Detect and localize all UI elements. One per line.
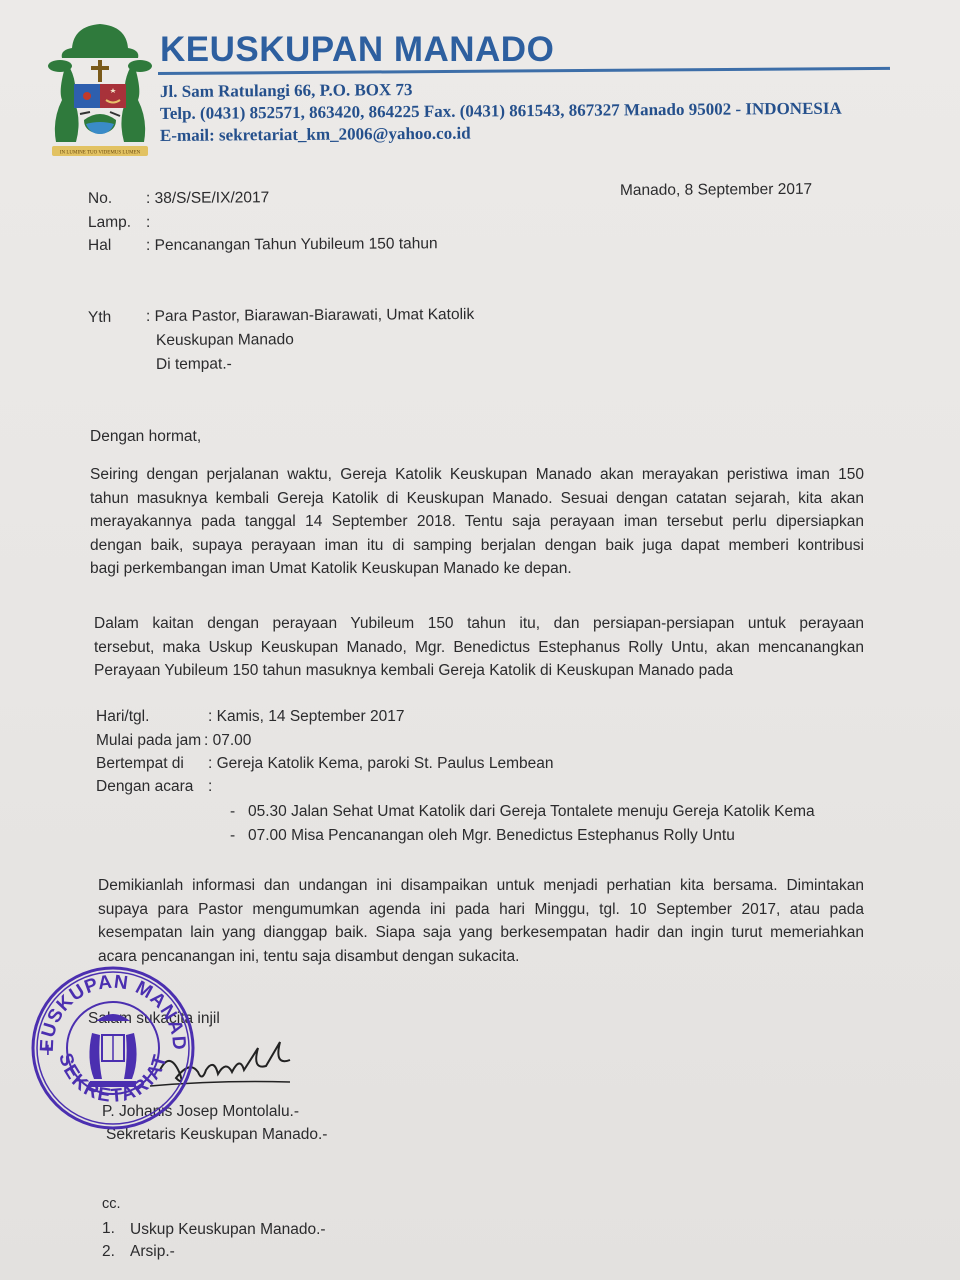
meta-value-subject: : Pencanangan Tahun Yubileum 150 tahun [146,235,438,255]
org-address: Jl. Sam Ratulangi 66, P.O. BOX 73 [160,80,413,102]
schedule-value: : [208,778,212,796]
recipient-line: : Para Pastor, Biarawan-Biarawati, Umat … [146,306,474,326]
paragraph-line: merayakannya pada tanggal 14 September 2… [90,510,864,534]
org-name: KEUSKUPAN MANADO [160,30,554,70]
org-email: E-mail: sekretariat_km_2006@yahoo.co.id [160,124,471,146]
paragraph-line: supaya para Pastor mengumumkan agenda in… [98,898,864,922]
meta-label-lamp: Lamp. [88,214,131,232]
schedule-value: : Gereja Katolik Kema, paroki St. Paulus… [208,755,554,773]
meta-value-no: : 38/S/SE/IX/2017 [146,189,269,208]
org-phone: Telp. (0431) 852571, 863420, 864225 Fax.… [160,99,842,124]
paragraph-3: Demikianlah informasi dan undangan ini d… [98,874,864,968]
cc-item-number: 1. [102,1220,115,1238]
letter-page: IN LUMINE TUO VIDEMUS LUMEN KEUSKUPAN MA… [0,0,960,1280]
paragraph-line: Demikianlah informasi dan undangan ini d… [98,874,864,898]
paragraph-2: Dalam kaitan dengan perayaan Yubileum 15… [94,612,864,683]
recipient-line: Di tempat.- [156,356,232,374]
schedule-label: Hari/tgl. [96,708,149,726]
paragraph-line: kesempatan lain yang dianggap baik. Siap… [98,921,864,945]
recipient-line: Keuskupan Manado [156,331,294,350]
meta-value-lamp: : [146,214,150,232]
agenda-bullet: - [230,827,235,845]
paragraph-line: dengan baik, supaya perayaan iman itu di… [90,534,864,558]
schedule-label: Mulai pada jam [96,732,201,750]
paragraph-line: tahun masuknya kembali Gereja Katolik di… [90,487,864,511]
agenda-bullet: - [230,803,235,821]
agenda-item: 07.00 Misa Pencanangan oleh Mgr. Benedic… [248,827,735,845]
paragraph-line: Seiring dengan perjalanan waktu, Gereja … [90,463,864,487]
official-stamp-icon: KEUSKUPAN MANADO SEKRETARIAT ✝ [28,963,198,1133]
paragraph-line: Dalam kaitan dengan perayaan Yubileum 15… [94,612,864,636]
paragraph-line: Perayaan Yubileum 150 tahun masuknya kem… [94,659,864,683]
meta-label-no: No. [88,190,112,208]
place-date: Manado, 8 September 2017 [620,181,812,200]
svg-text:IN LUMINE TUO VIDEMUS LUMEN: IN LUMINE TUO VIDEMUS LUMEN [60,151,141,156]
schedule-value: : Kamis, 14 September 2017 [208,708,404,726]
recipient-label: Yth [88,309,111,327]
paragraph-1: Seiring dengan perjalanan waktu, Gereja … [90,463,864,581]
cc-item: Arsip.- [130,1243,175,1261]
agenda-item: 05.30 Jalan Sehat Umat Katolik dari Gere… [248,803,815,821]
svg-text:KEUSKUPAN MANADO: KEUSKUPAN MANADO [28,963,189,1052]
cc-item-number: 2. [102,1243,115,1261]
salutation: Dengan hormat, [90,428,201,446]
paragraph-line: tersebut, maka Uskup Keuskupan Manado, M… [94,636,864,660]
cc-item: Uskup Keuskupan Manado.- [130,1221,326,1239]
diocese-crest-icon: IN LUMINE TUO VIDEMUS LUMEN [44,20,156,162]
paragraph-line: bagi perkembangan iman Umat Katolik Keus… [90,557,864,581]
cc-label: cc. [102,1196,121,1212]
schedule-value: : 07.00 [204,732,251,750]
schedule-label: Dengan acara [96,778,193,796]
paragraph-line: acara pencanangan ini, tentu saja disamb… [98,945,864,969]
schedule-label: Bertempat di [96,755,184,773]
svg-text:✝: ✝ [42,1042,54,1058]
meta-label-hal: Hal [88,237,111,255]
